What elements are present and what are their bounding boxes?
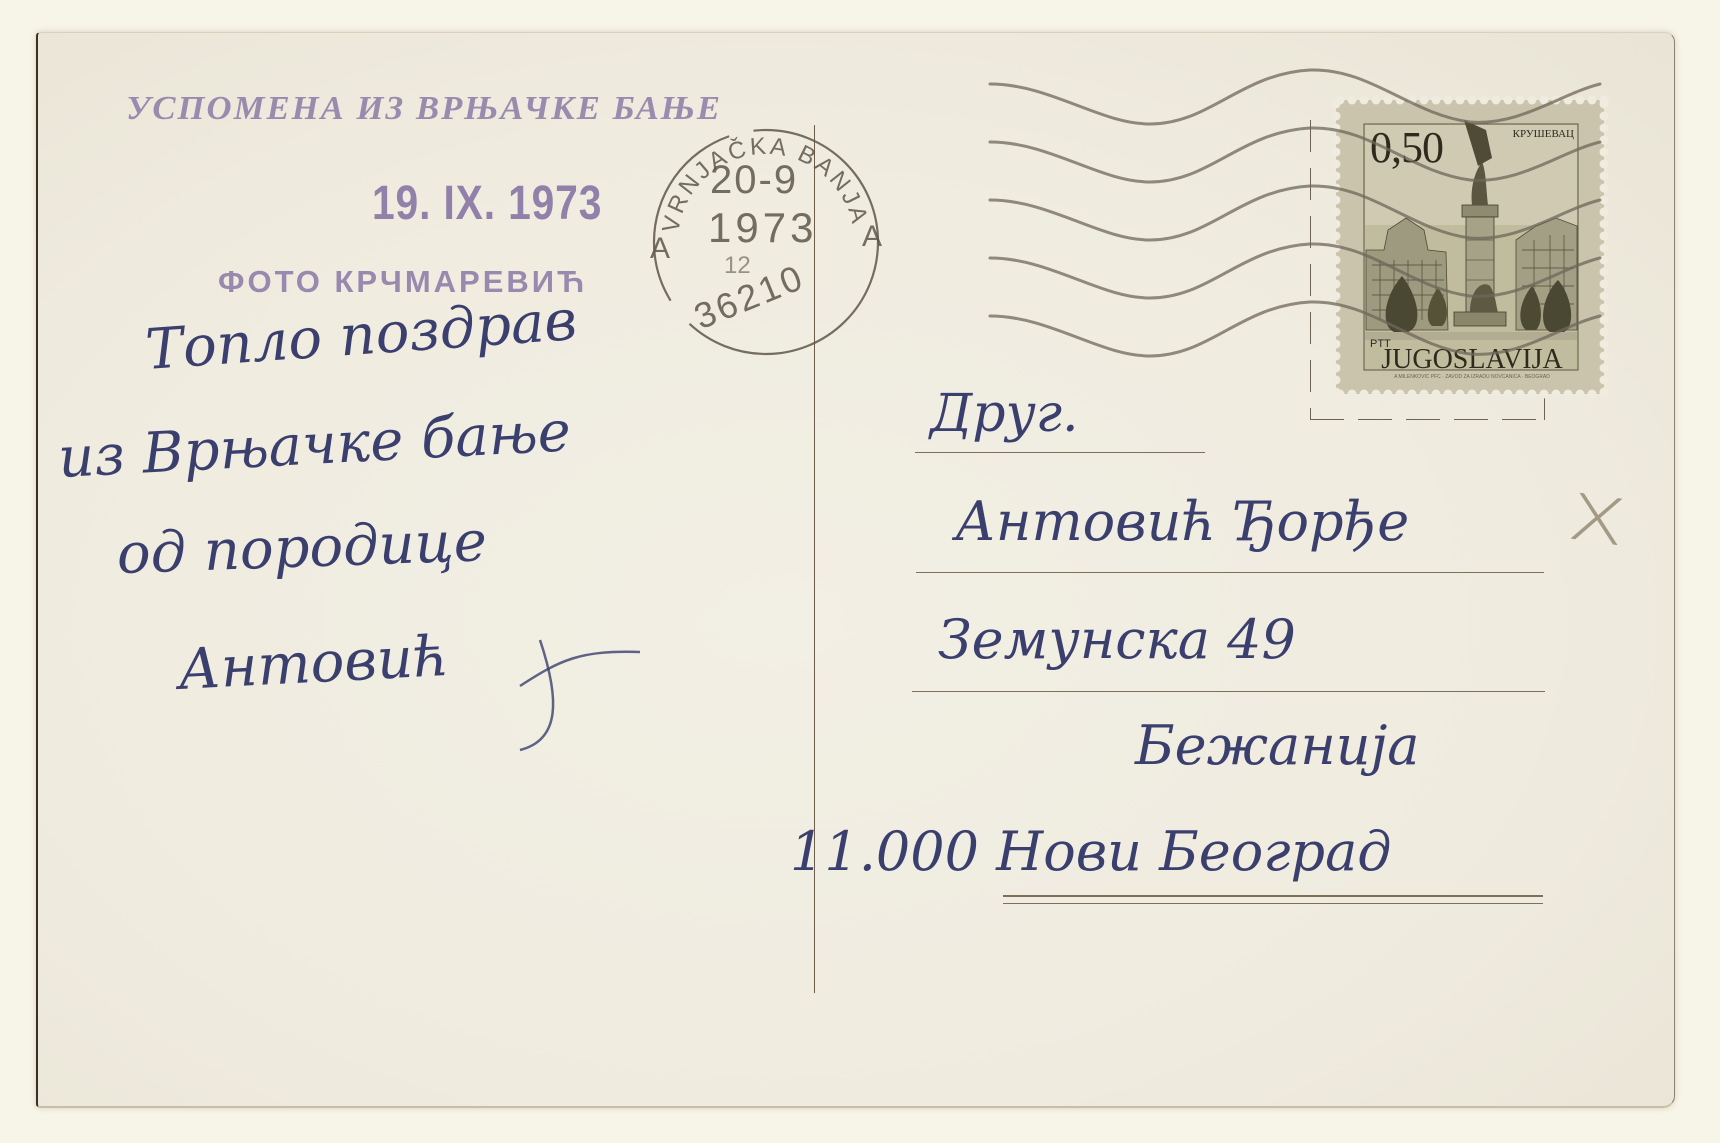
stamp-credits: A MILENKOVIĆ PFC · ZAVOD ZA IZRADU NOVČA… [1366, 374, 1578, 380]
postmark: VRNJAČKA BANJA 20-9 1973 12 A A 36210 [616, 92, 916, 392]
address-rule [916, 572, 1544, 573]
address-line: 11.000 Нови Београд [790, 820, 1392, 883]
postage-stamp: 0,50 КРУШЕВАЦ PTT JUGOSLAVIJA A MILENKOV… [1336, 100, 1604, 394]
stamp-country: JUGOSLAVIJA [1366, 344, 1578, 376]
postmark-year: 1973 [708, 204, 817, 252]
postmark-date: 20-9 [710, 158, 798, 203]
address-rule [1003, 903, 1543, 904]
message-line: од породице [116, 509, 488, 587]
address-line: Бежанија [1135, 714, 1420, 777]
address-line: Антовић Ђорђе [955, 490, 1409, 553]
postmark-letter-left: A [650, 232, 670, 266]
stamp-value: 0,50 [1370, 122, 1443, 173]
postmark-letter-right: A [862, 220, 882, 254]
address-rule [1003, 895, 1543, 897]
address-rule [915, 452, 1205, 453]
stamp-city: КРУШЕВАЦ [1513, 128, 1574, 140]
address-rule [912, 691, 1545, 692]
address-line: Друг. [930, 384, 1079, 444]
pencil-mark: X [1564, 480, 1631, 561]
address-line: Земунска 49 [938, 608, 1296, 671]
souvenir-stamp-date: 19. IX. 1973 [372, 176, 602, 231]
